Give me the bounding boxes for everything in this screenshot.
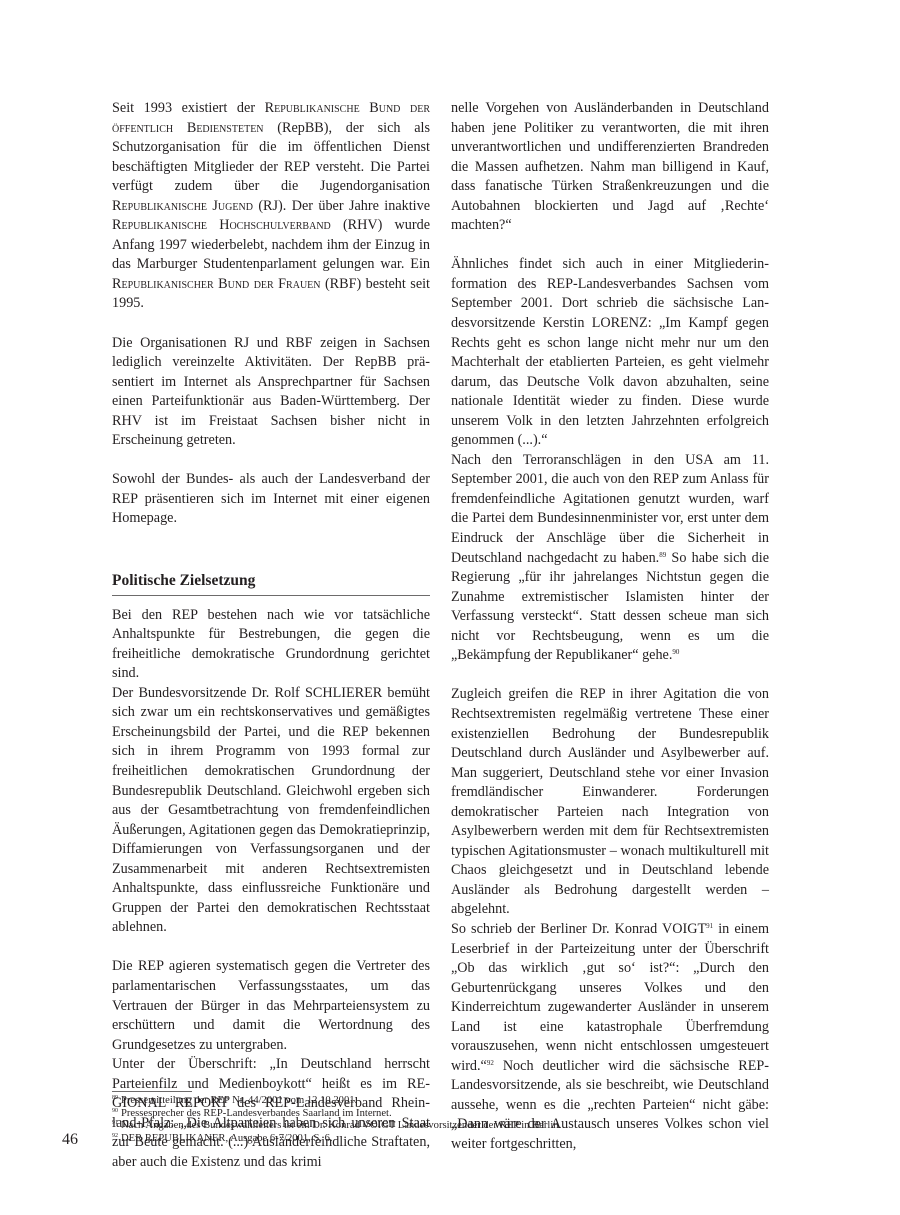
footnote: 91Nach Angaben des Bundeswahlleiters ist… xyxy=(112,1120,752,1133)
footnotes: 89Pressemitteilung der REP Nr. 44/2001 v… xyxy=(112,1095,752,1145)
footnote: 90Pressesprecher des REP-Landesverbandes… xyxy=(112,1108,752,1121)
text: Nach den Terroranschlägen in den USA am … xyxy=(451,452,769,566)
paragraph-agitation: Die REP agieren systematisch gegen die V… xyxy=(112,957,430,1055)
left-column: Seit 1993 existiert der Republikanische … xyxy=(112,99,430,1172)
org-name-rj: Republikanische Jugend xyxy=(112,198,253,214)
footnote-text: DER REPUBLIKANER, Ausgabe 6-7/2001, S. 6… xyxy=(121,1133,333,1144)
text: in ei­nem Leserbrief in der Parteizeitun… xyxy=(451,921,769,1074)
text: Seit 1993 existiert der xyxy=(112,100,265,116)
paragraph-quote-continuation: nelle Vorgehen von Ausländerbanden in De… xyxy=(451,99,769,236)
footnote-number: 92 xyxy=(112,1133,118,1139)
paragraph-organisations: Seit 1993 existiert der Republikanische … xyxy=(112,99,430,314)
paragraph-terror: Nach den Terroranschlägen in den USA am … xyxy=(451,451,769,666)
footnote-number: 90 xyxy=(112,1108,118,1114)
page-number: 46 xyxy=(62,1131,78,1149)
footnote-text: Pressemitteilung der REP Nr. 44/2001 vom… xyxy=(121,1095,357,1106)
paragraph-homepage: Sowohl der Bundes- als auch der Landesve… xyxy=(112,470,430,529)
section-heading: Politische Zielsetzung xyxy=(112,571,430,596)
paragraph-anhaltspunkte: Bei den REP bestehen nach wie vor tatsäc… xyxy=(112,606,430,684)
footnote: 89Pressemitteilung der REP Nr. 44/2001 v… xyxy=(112,1095,752,1108)
footnote-text: Nach Angaben des Bundeswahlleiters ist e… xyxy=(121,1120,561,1131)
paragraph-bedrohung: Zugleich greifen die REP in ihrer Agitat… xyxy=(451,685,769,920)
footnote-ref[interactable]: 92 xyxy=(487,1059,494,1067)
paragraph-schlierer: Der Bundesvorsitzende Dr. Rolf SCHLIERER… xyxy=(112,684,430,938)
footnote-divider xyxy=(112,1091,192,1092)
paragraph-lorenz: Ähnliches findet sich auch in einer Mitg… xyxy=(451,255,769,450)
footnote-number: 89 xyxy=(112,1095,118,1101)
footnote-text: Pressesprecher des REP-Landesverbandes S… xyxy=(121,1108,392,1119)
footnote-number: 91 xyxy=(112,1120,118,1126)
org-name-rhv: Republikanische Hochschulverband xyxy=(112,217,331,233)
text: So habe sich die Regierung „für ihr jahr… xyxy=(451,550,769,664)
right-column: nelle Vorgehen von Ausländerbanden in De… xyxy=(451,99,769,1155)
paragraph-saxony-activities: Die Organisationen RJ und RBF zeigen in … xyxy=(112,334,430,451)
text: So schrieb der Berliner Dr. Konrad VOIGT xyxy=(451,921,706,937)
text: (RJ). Der über Jahre inak­tive xyxy=(253,198,430,214)
section-heading-wrap: Politische Zielsetzung xyxy=(112,571,430,596)
org-name-rbf: Republikanischer Bund der Frauen xyxy=(112,276,321,292)
footnote: 92DER REPUBLIKANER, Ausgabe 6-7/2001, S.… xyxy=(112,1133,752,1146)
footnote-ref[interactable]: 90 xyxy=(672,648,679,656)
